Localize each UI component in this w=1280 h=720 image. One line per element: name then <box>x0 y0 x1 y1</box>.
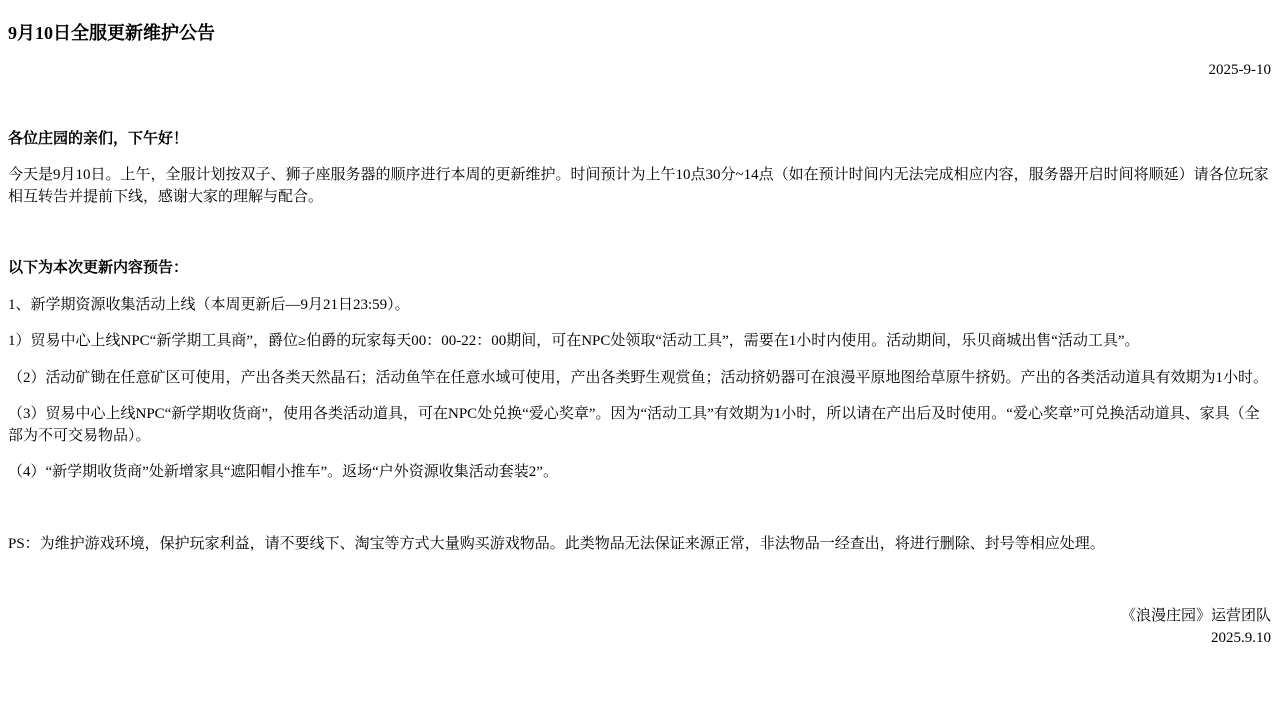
maintenance-intro-paragraph: 今天是9月10日。上午，全服计划按双子、狮子座服务器的顺序进行本周的更新维护。时… <box>8 165 1271 208</box>
update-item-1-2: （2）活动矿锄在任意矿区可使用，产出各类天然晶石；活动鱼竿在任意水域可使用，产出… <box>8 368 1271 390</box>
update-item-1-3: （3）贸易中心上线NPC“新学期收货商”，使用各类活动道具，可在NPC处兑换“爱… <box>8 404 1271 447</box>
publish-date: 2025-9-10 <box>8 60 1271 82</box>
footer-team-signature: 《浪漫庄园》运营团队 <box>8 606 1271 628</box>
ps-warning-note: PS：为维护游戏环境，保护玩家利益，请不要线下、淘宝等方式大量购买游戏物品。此类… <box>8 534 1271 556</box>
update-item-1: 1、新学期资源收集活动上线（本周更新后—9月21日23:59）。 <box>8 295 1271 317</box>
update-preview-heading: 以下为本次更新内容预告： <box>8 258 1271 280</box>
page-title: 9月10日全服更新维护公告 <box>8 21 1271 45</box>
update-item-1-1: 1）贸易中心上线NPC“新学期工具商”，爵位≥伯爵的玩家每天00：00-22：0… <box>8 331 1271 353</box>
footer-date: 2025.9.10 <box>8 628 1271 650</box>
greeting-line: 各位庄园的亲们，下午好！ <box>8 129 1271 151</box>
announcement-document: 9月10日全服更新维护公告 2025-9-10 各位庄园的亲们，下午好！ 今天是… <box>0 21 1280 649</box>
update-item-1-4: （4）“新学期收货商”处新增家具“遮阳帽小推车”。返场“户外资源收集活动套装2”… <box>8 462 1271 484</box>
